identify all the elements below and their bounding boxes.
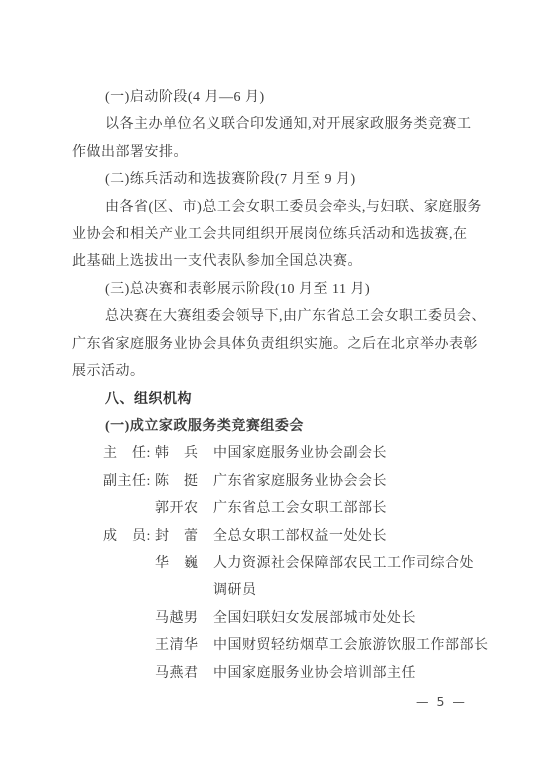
roster-person-title: 广东省总工会女职工部部长 — [213, 495, 513, 522]
phase-3-body: 总决赛在大赛组委会领导下,由广东省总工会女职工委员会、 广东省家庭服务业协会具体… — [72, 303, 492, 385]
roster-person-name: 华 巍 — [155, 550, 213, 577]
roster-person-name: 马燕君 — [155, 660, 213, 687]
roster-role-label: 成 员: — [103, 523, 155, 550]
roster-row-deputy-2: 郭开农 广东省总工会女职工部部长 — [72, 495, 492, 522]
roster-row-member-3: 马越男 全国妇联妇女发展部城市处处长 — [72, 605, 492, 632]
roster-person-title: 中国家庭服务业协会培训部主任 — [213, 660, 513, 687]
roster-person-title: 全国妇联妇女发展部城市处处长 — [213, 605, 513, 632]
roster-person-name: 陈 挺 — [155, 468, 213, 495]
roster-person-title: 中国财贸轻纺烟草工会旅游饮服工作部部长 — [213, 632, 513, 659]
phase-2-body: 由各省(区、市)总工会女职工委员会牵头,与妇联、家庭服务 业协会和相关产业工会共… — [72, 194, 492, 276]
document-body: (一)启动阶段(4 月—6 月) 以各主办单位名义联合印发通知,对开展家政服务类… — [72, 84, 492, 687]
roster-row-director: 主 任: 韩 兵 中国家庭服务业协会副会长 — [72, 440, 492, 467]
roster-row-member-1: 成 员: 封 蕾 全总女职工部权益一处处长 — [72, 523, 492, 550]
roster-role-label: 副主任: — [103, 468, 155, 495]
roster-row-deputy-1: 副主任: 陈 挺 广东省家庭服务业协会会长 — [72, 468, 492, 495]
phase-1-title: (一)启动阶段(4 月—6 月) — [72, 84, 492, 111]
roster-person-name: 王清华 — [155, 632, 213, 659]
phase-3-title: (三)总决赛和表彰展示阶段(10 月至 11 月) — [72, 276, 492, 303]
phase-1-body: 以各主办单位名义联合印发通知,对开展家政服务类竞赛工 作做出部署安排。 — [72, 111, 492, 166]
page-number: — 5 — — [416, 694, 467, 709]
roster-person-name: 封 蕾 — [155, 523, 213, 550]
roster-row-member-4: 王清华 中国财贸轻纺烟草工会旅游饮服工作部部长 — [72, 632, 492, 659]
roster-person-name: 韩 兵 — [155, 440, 213, 467]
roster-person-title: 人力资源社会保障部农民工工作司综合处 调研员 — [213, 550, 513, 605]
roster-row-member-2: 华 巍 人力资源社会保障部农民工工作司综合处 调研员 — [72, 550, 492, 605]
roster-person-title: 广东省家庭服务业协会会长 — [213, 468, 513, 495]
roster-row-member-5: 马燕君 中国家庭服务业协会培训部主任 — [72, 660, 492, 687]
roster-role-label: 主 任: — [103, 440, 155, 467]
document-page: (一)启动阶段(4 月—6 月) 以各主办单位名义联合印发通知,对开展家政服务类… — [0, 0, 550, 778]
roster-person-title: 中国家庭服务业协会副会长 — [213, 440, 513, 467]
committee-roster: 主 任: 韩 兵 中国家庭服务业协会副会长 副主任: 陈 挺 广东省家庭服务业协… — [72, 440, 492, 687]
roster-person-name: 郭开农 — [155, 495, 213, 522]
section-8-subheading: (一)成立家政服务类竞赛组委会 — [72, 413, 492, 440]
section-8-heading: 八、组织机构 — [72, 385, 492, 412]
roster-person-title: 全总女职工部权益一处处长 — [213, 523, 513, 550]
phase-2-title: (二)练兵活动和选拔赛阶段(7 月至 9 月) — [72, 166, 492, 193]
roster-person-name: 马越男 — [155, 605, 213, 632]
